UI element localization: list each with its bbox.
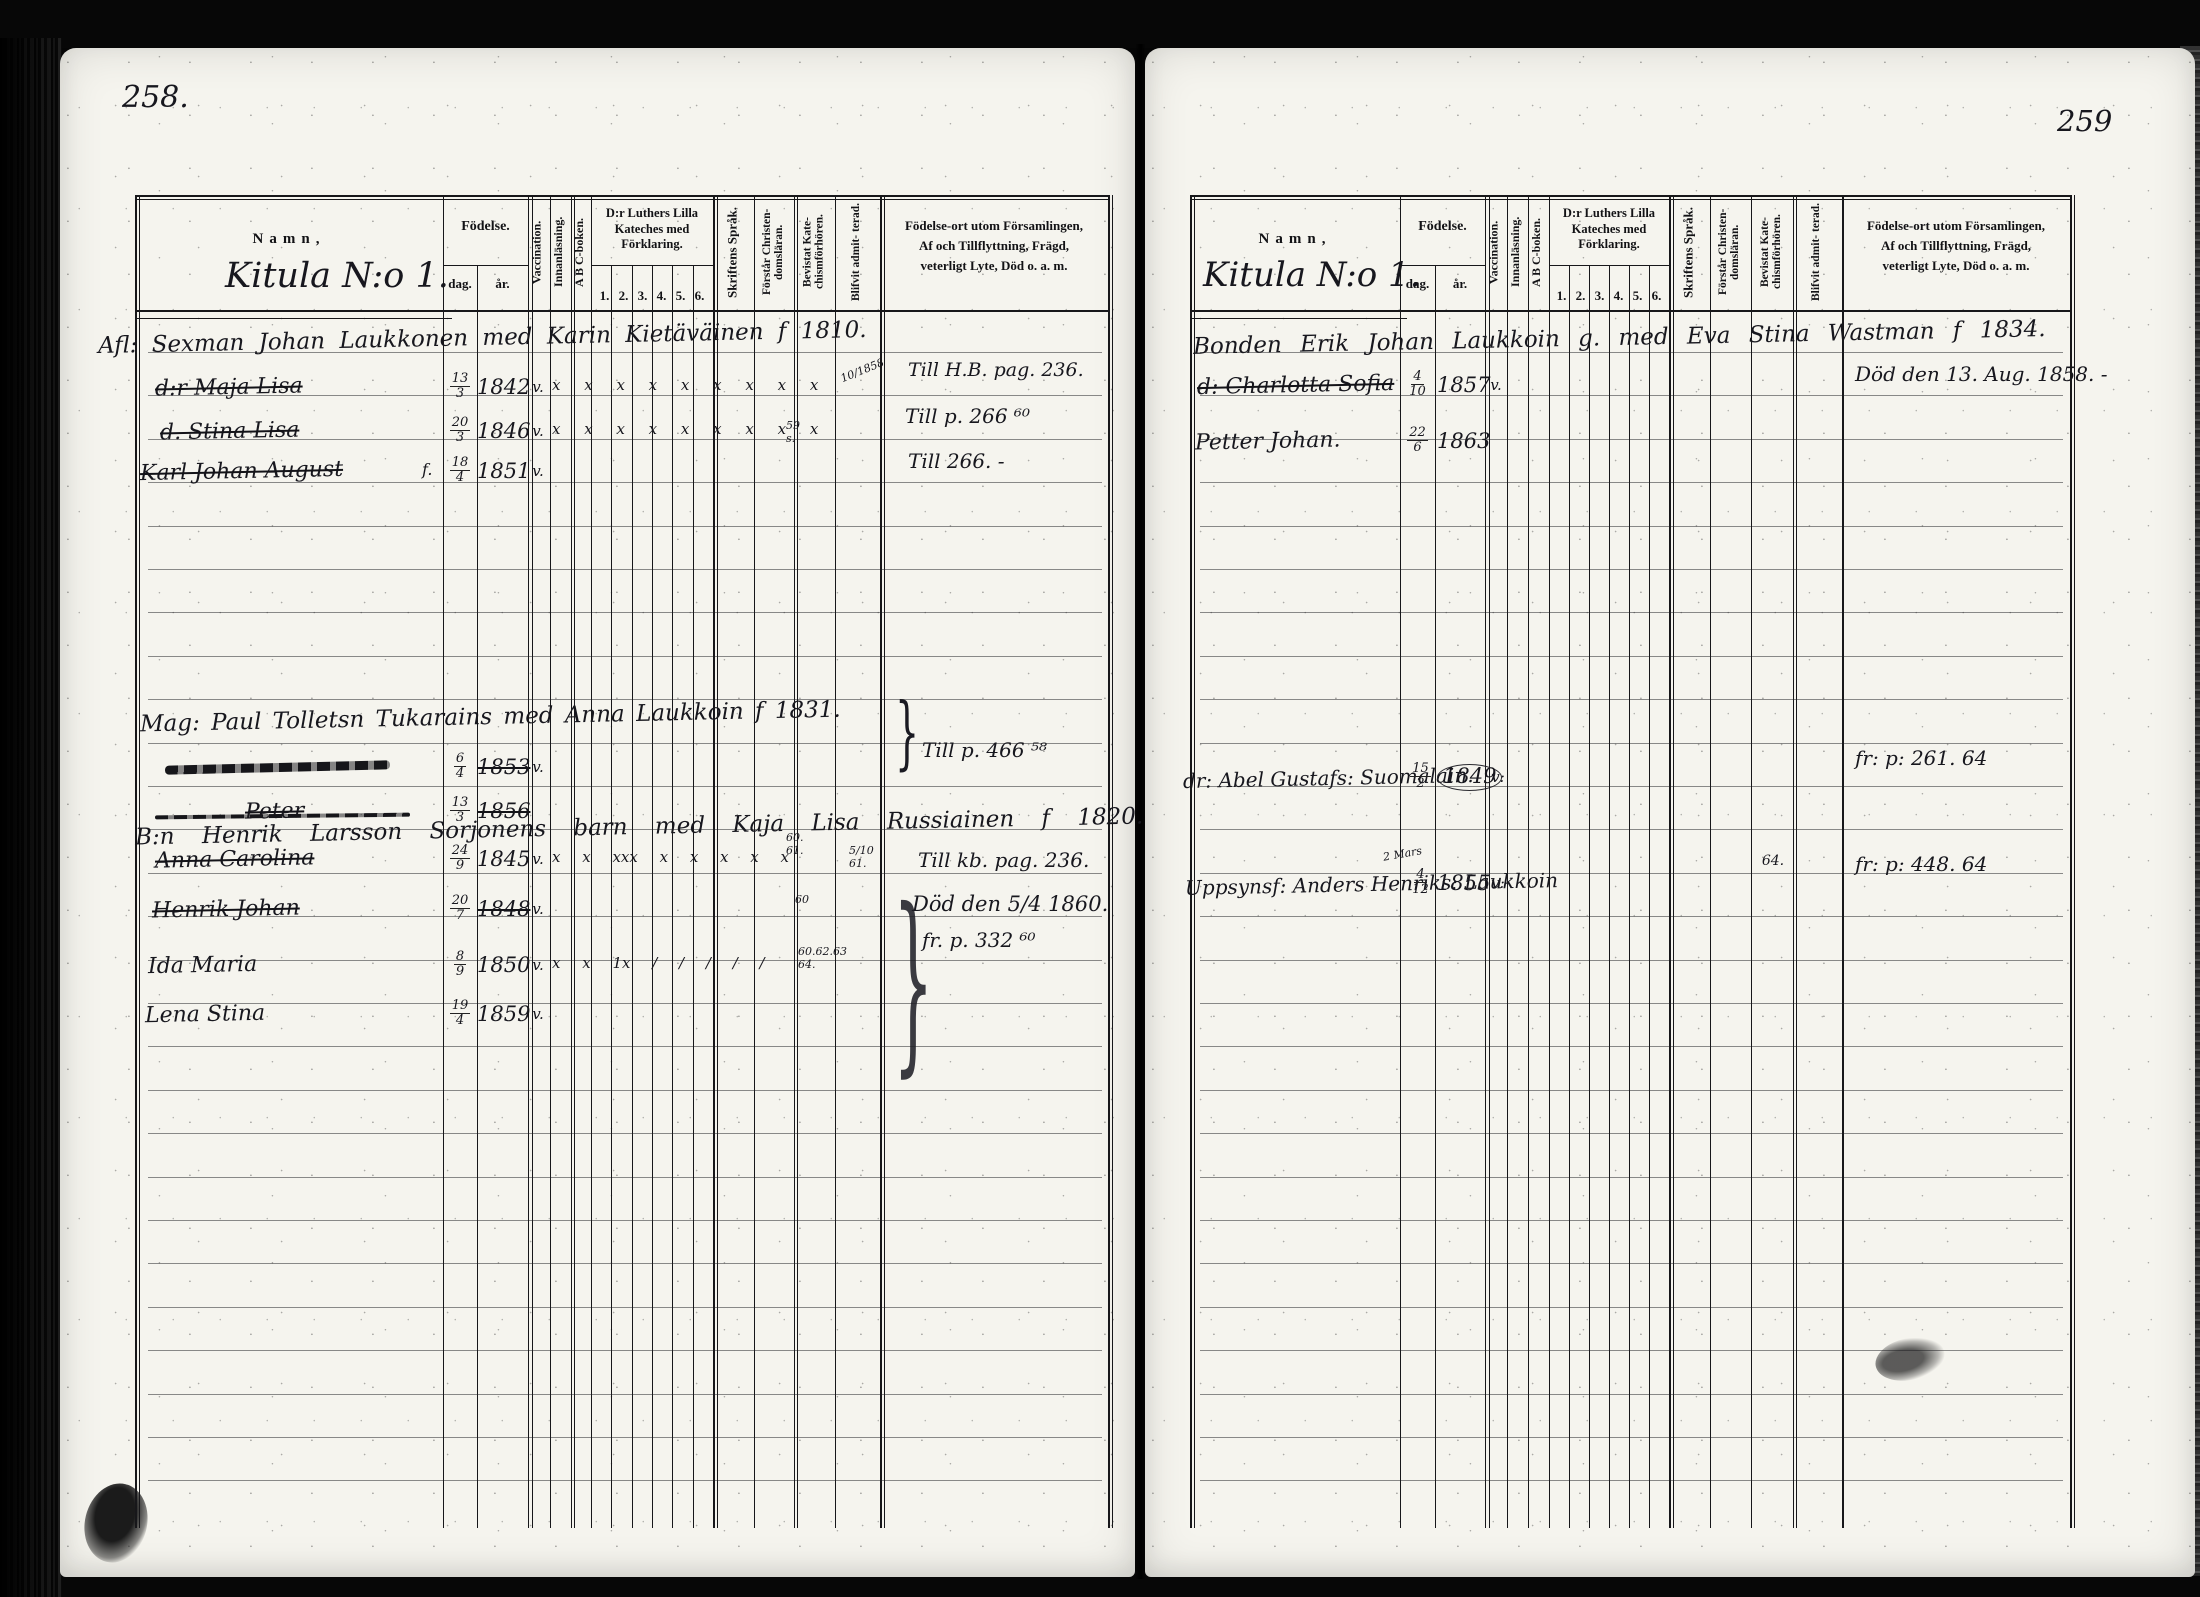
ruled-row-line <box>1200 1394 2063 1395</box>
ruled-row-line <box>1200 699 2063 700</box>
table-column-line <box>2070 195 2072 1528</box>
ruled-row-line <box>1200 439 2063 440</box>
table-column-line <box>135 195 137 1528</box>
table-column-line <box>1609 265 1610 1528</box>
section-title: Kitula N:o 1. <box>1203 258 1421 294</box>
ruled-row-line <box>148 439 1102 440</box>
remark-entry: Till kb. pag. 236. <box>918 850 1089 871</box>
table-header-line <box>1190 318 1407 319</box>
remark-header-line3: veterligt Lyte, Död o. a. m. <box>921 258 1068 273</box>
ruled-row-line <box>148 656 1102 657</box>
col-header-fodelse: Födelse. <box>443 218 528 236</box>
illegible-struck-name <box>165 760 390 774</box>
ruled-row-line <box>1200 569 2063 570</box>
ruled-row-line <box>1200 352 2063 353</box>
ruled-row-line <box>148 352 1102 353</box>
ruled-row-line <box>1200 1003 2063 1004</box>
ruled-row-line <box>148 569 1102 570</box>
birth-year: 1863 <box>1437 430 1489 452</box>
record-name: Ida Maria <box>148 953 258 978</box>
ruled-row-line <box>148 1177 1102 1178</box>
col-header-remarks: Födelse-ort utom Församlingen, Af och Ti… <box>1844 216 2068 276</box>
section-title: Kitula N:o 1. <box>225 258 449 295</box>
table-column-line <box>693 265 694 1528</box>
col-header-dag: dag. <box>1400 276 1435 292</box>
ruled-row-line <box>148 482 1102 483</box>
ruled-row-line <box>1200 656 2063 657</box>
ruled-row-line <box>148 786 1102 787</box>
table-column-line <box>652 265 653 1528</box>
table-column-line <box>1649 265 1650 1528</box>
ruled-row-line <box>148 1090 1102 1091</box>
col-header-forstar-christendomslaran: Förstår Christen- domsläran. <box>752 197 794 307</box>
col-header-katekes: D:r Luthers Lilla Kateches med Förklarin… <box>593 206 711 253</box>
col-header-blifvit-admitterad: Blifvit admit- terad. <box>833 197 879 307</box>
birth-year: 1859 <box>477 1003 529 1025</box>
ruled-row-line <box>1200 526 2063 527</box>
table-column-line <box>2074 195 2075 1528</box>
col-header-remarks: Födelse-ort utom Församlingen, Af och Ti… <box>882 216 1106 276</box>
table-column-line <box>477 265 478 1528</box>
page-number: 258. <box>122 82 189 114</box>
ruled-row-line <box>148 1133 1102 1134</box>
col-header-namn: Namn, <box>135 230 443 249</box>
ruled-row-line <box>148 1263 1102 1264</box>
col-header-ar: år. <box>1435 276 1485 292</box>
scan-top-bar <box>0 0 2200 48</box>
vaccination-mark: v. <box>526 852 550 868</box>
remark-header-line2: Af och Tillflyttning, Frägd, <box>1881 238 2031 253</box>
table-column-line <box>1190 195 1192 1528</box>
remark-entry: Till H.B. pag. 236. <box>908 361 1084 381</box>
margin-note-above-name: 2 Mars <box>1382 844 1428 864</box>
ruled-row-line <box>148 1220 1102 1221</box>
record-name: Henrik Johan <box>152 896 300 922</box>
vaccination-mark: v. <box>526 1007 550 1023</box>
ruled-row-line <box>148 395 1102 396</box>
ruled-row-line <box>1200 1090 2063 1091</box>
vaccination-mark: v. <box>526 424 550 440</box>
birth-year: 1850 <box>477 954 529 976</box>
ruled-row-line <box>1200 960 2063 961</box>
ruled-row-line <box>1200 482 2063 483</box>
ruled-row-line <box>1200 1177 2063 1178</box>
margin-note: 60. 61. <box>786 832 812 857</box>
table-column-line <box>1569 265 1570 1528</box>
table-header-line <box>443 265 528 266</box>
margin-note: 5/10 61. <box>849 845 881 870</box>
record-name: Anna Carolina <box>155 846 315 872</box>
margin-note: 60 <box>795 894 815 907</box>
table-header-line <box>135 318 452 319</box>
birth-day-prefix: f. <box>422 462 432 479</box>
col-header-dag: dag. <box>443 276 477 292</box>
remark-entry: Död den 5/4 1860. <box>912 893 1108 915</box>
col-header-ar: år. <box>477 276 528 292</box>
table-header-line <box>135 310 1108 312</box>
table-column-line <box>1194 195 1195 1528</box>
record-name: Lena Stina <box>145 1002 266 1028</box>
ruled-row-line <box>1200 829 2063 830</box>
ink-smudge <box>76 1477 156 1570</box>
ruled-row-line <box>148 1394 1102 1395</box>
ruled-row-line <box>148 743 1102 744</box>
col-header-blifvit-admitterad: Blifvit admit- terad. <box>1791 197 1841 307</box>
family-header-entry: Mag: Paul Tolletsn Tukarains med Anna La… <box>140 698 841 737</box>
record-name: d. Stina Lisa <box>160 419 300 445</box>
birth-year: 1855 <box>1437 872 1489 894</box>
birth-year: 1853 <box>477 756 529 778</box>
ruled-row-line <box>148 1437 1102 1438</box>
ruled-row-line <box>148 612 1102 613</box>
record-name: d:r Maja Lisa <box>155 374 303 400</box>
vaccination-mark: v. <box>526 380 550 396</box>
ruled-row-line <box>148 1046 1102 1047</box>
col-header-katekes: D:r Luthers Lilla Kateches med Förklarin… <box>1551 206 1667 253</box>
remark-entry: fr. p. 332 ⁶⁰ <box>922 930 1036 951</box>
ruled-row-line <box>148 1003 1102 1004</box>
margin-note: 10/1858 <box>839 359 881 386</box>
birth-day: 249 <box>443 844 477 872</box>
ruled-row-line <box>148 526 1102 527</box>
table-column-line <box>1108 195 1110 1528</box>
vaccination-mark: v. <box>526 760 550 776</box>
table-column-line <box>611 265 612 1528</box>
ruled-row-line <box>1200 1263 2063 1264</box>
ruled-row-line <box>1200 916 2063 917</box>
record-name: Petter Johan. <box>1195 428 1341 454</box>
remark-header-line1: Födelse-ort utom Församlingen, <box>1867 218 2045 233</box>
margin-note: 64. <box>1753 854 1793 869</box>
ruled-row-line <box>1200 1437 2063 1438</box>
ruled-row-line <box>148 829 1102 830</box>
ruled-row-line <box>1200 786 2063 787</box>
birth-day: 133 <box>443 372 477 400</box>
table-column-line <box>1435 265 1436 1528</box>
ruled-row-line <box>148 1480 1102 1481</box>
ruled-row-line <box>1200 395 2063 396</box>
birth-day: 89 <box>443 950 477 978</box>
birth-year: 1845 <box>477 848 529 870</box>
ink-smudge <box>1871 1331 1948 1387</box>
page-left: 258. Namn, Kitula N:o 1. Födelse. dag. å… <box>60 48 1135 1577</box>
remark-header-line1: Födelse-ort utom Församlingen, <box>905 218 1083 233</box>
table-header-line <box>591 265 713 266</box>
table-column-line <box>139 195 140 1528</box>
table-header-line <box>1190 310 2070 312</box>
table-column-line <box>672 265 673 1528</box>
book-binding-edge <box>0 38 62 1597</box>
table-header-line <box>1190 195 2070 197</box>
birth-year: 1851 <box>477 460 529 482</box>
table-header-line <box>1190 199 2070 200</box>
ruled-row-line <box>148 916 1102 917</box>
table-header-line <box>1549 265 1669 266</box>
ruled-row-line <box>1200 612 2063 613</box>
remark-entry: Till 266. - <box>908 451 1005 472</box>
table-column-line <box>1112 195 1113 1528</box>
ruled-row-line <box>1200 1046 2063 1047</box>
vaccination-mark: v. <box>526 464 550 480</box>
ruled-row-line <box>1200 873 2063 874</box>
table-column-line <box>1589 265 1590 1528</box>
birth-year: 1857 <box>1437 374 1489 396</box>
table-header-line <box>135 199 1108 200</box>
col-header-bevistat-katechismforhoren: Bevistat Kate- chismförhören. <box>1749 197 1793 307</box>
ruled-row-line <box>148 960 1102 961</box>
margin-note: 60.62.63 64. <box>798 946 846 971</box>
ruled-row-line <box>1200 1480 2063 1481</box>
ruled-row-line <box>148 699 1102 700</box>
ruled-row-line <box>148 1350 1102 1351</box>
birth-day: 226 <box>1400 426 1435 454</box>
remark-entry: Till p. 266 ⁶⁰ <box>905 406 1030 427</box>
remark-entry: fr: p: 261. 64 <box>1855 748 1987 769</box>
col-header-namn: Namn, <box>1190 230 1400 249</box>
ruled-row-line <box>1200 743 2063 744</box>
ruled-row-line <box>148 873 1102 874</box>
col-header-fodelse: Födelse. <box>1400 218 1485 236</box>
table-header-line <box>1400 265 1485 266</box>
table-header-line <box>135 195 1108 197</box>
vaccination-mark: v. <box>1483 378 1509 394</box>
page-right: 259 Namn, Kitula N:o 1. Födelse. dag. år… <box>1145 48 2195 1577</box>
exam-marks: x x 1x / / / / / <box>552 956 765 972</box>
table-column-line <box>1629 265 1630 1528</box>
table-column-line <box>632 265 633 1528</box>
remark-header-line2: Af och Tillflyttning, Frägd, <box>919 238 1069 253</box>
ruled-row-line <box>1200 1133 2063 1134</box>
ruled-row-line <box>148 1307 1102 1308</box>
ruled-row-line <box>1200 1350 2063 1351</box>
birth-day: 184 <box>443 456 477 484</box>
col-header-bevistat-katechismforhoren: Bevistat Kate- chismförhören. <box>792 197 835 307</box>
remark-entry: fr: p: 448. 64 <box>1855 854 1987 875</box>
page-number: 259 <box>2057 106 2112 136</box>
ruled-row-line <box>1200 1220 2063 1221</box>
remark-brace-large: } <box>893 866 934 1095</box>
col-header-forstar-christendomslaran: Förstår Christen- domsläran. <box>1708 197 1750 307</box>
birth-day: 203 <box>443 416 477 444</box>
birth-day: 207 <box>443 894 477 922</box>
scanned-church-record-spread: 258. Namn, Kitula N:o 1. Födelse. dag. å… <box>0 0 2200 1597</box>
record-name: Peter <box>245 799 305 823</box>
remark-header-line3: veterligt Lyte, Död o. a. m. <box>1883 258 2030 273</box>
birth-day: 64 <box>443 752 477 780</box>
ruled-row-line <box>1200 1307 2063 1308</box>
